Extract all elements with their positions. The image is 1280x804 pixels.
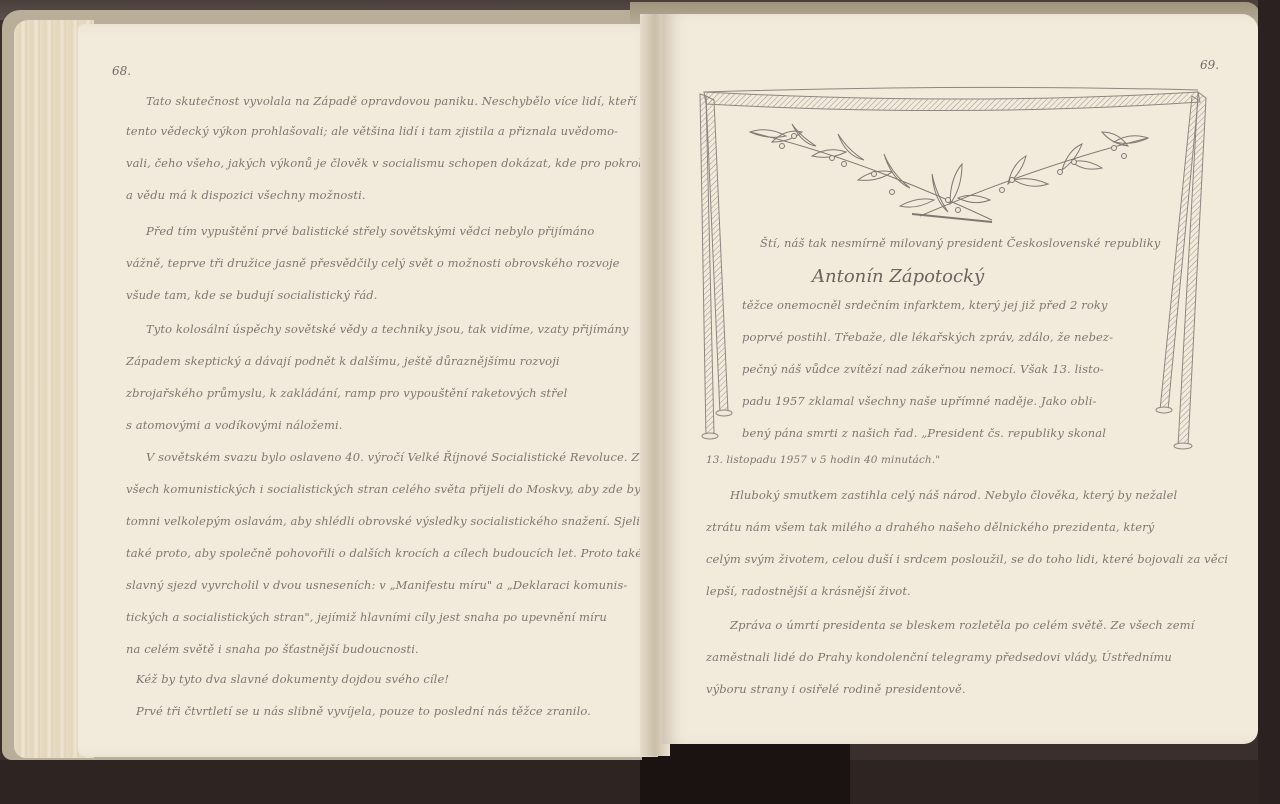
text-line: slavný sjezd vyvrcholil v dvou usneseníc…: [126, 578, 627, 592]
text-line: tických a socialistických stran", jejími…: [126, 610, 607, 624]
text-line: Tyto kolosální úspěchy sovětské vědy a t…: [146, 322, 629, 336]
background-shadow: [640, 740, 850, 804]
text-line: vali, čeho všeho, jakých výkonů je člově…: [126, 156, 645, 170]
text-line: celým svým životem, celou duší i srdcem …: [706, 552, 1228, 566]
text-line: Před tím vypuštění prvé balistické střel…: [146, 224, 594, 238]
text-line: Prvé tři čtvrtletí se u nás slibně vyvíj…: [136, 704, 591, 718]
text-line: tomni velkolepým oslavám, aby shlédli ob…: [126, 514, 657, 528]
text-line: V sovětském svazu bylo oslaveno 40. výro…: [146, 450, 682, 464]
text-line: Hluboký smutkem zastihla celý náš národ.…: [730, 488, 1177, 502]
text-line: Zpráva o úmrtí presidenta se bleskem roz…: [730, 618, 1194, 632]
text-line: Kéž by tyto dva slavné dokumenty dojdou …: [136, 672, 449, 686]
text-line: Západem skeptický a dávají podnět k dalš…: [126, 354, 560, 368]
text-line: bený pána smrti z našich řad. „President…: [742, 426, 1106, 440]
drape-laurel-illustration-icon: [662, 14, 1258, 454]
text-line: výboru strany i osiřelé rodině president…: [706, 682, 966, 696]
text-line: lepší, radostnější a krásnější život.: [706, 584, 911, 598]
text-line: a vědu má k dispozici všechny možnosti.: [126, 188, 366, 202]
text-line: těžce onemocněl srdečním infarktem, kter…: [742, 298, 1108, 312]
text-line: na celém světě i snaha po šťastnější bud…: [126, 642, 419, 656]
text-line: všude tam, kde se budují socialistický ř…: [126, 288, 378, 302]
text-line: poprvé postihl. Třebaže, dle lékařských …: [742, 330, 1113, 344]
background-right: [1258, 0, 1280, 804]
text-line: také proto, aby společně pohovořili o da…: [126, 546, 677, 560]
text-line: pečný náš vůdce zvítězí nad zákeřnou nem…: [742, 362, 1104, 376]
text-line: vážně, teprve tři družice jasně přesvědč…: [126, 256, 620, 270]
text-line: Ští, náš tak nesmírně milovaný president…: [760, 236, 1160, 250]
text-line: 13. listopadu 1957 v 5 hodin 40 minutách…: [706, 454, 940, 466]
text-line: tento vědecký výkon prohlašovali; ale vě…: [126, 124, 618, 138]
page-number-left: 68.: [112, 64, 131, 78]
left-page: 68. Tato skutečnost vyvolala na Západě o…: [78, 24, 658, 757]
text-line: Tato skutečnost vyvolala na Západě oprav…: [146, 94, 636, 108]
right-page: 69.: [662, 14, 1258, 744]
text-line: padu 1957 zklamal všechny naše upřímné n…: [742, 394, 1097, 408]
text-line: všech komunistických i socialistických s…: [126, 482, 673, 496]
text-line: ztrátu nám všem tak milého a drahého naš…: [706, 520, 1154, 534]
text-line: zaměstnali lidé do Prahy kondolenční tel…: [706, 650, 1172, 664]
text-line: s atomovými a vodíkovými náložemi.: [126, 418, 342, 432]
text-line: zbrojařského průmyslu, k zakládání, ramp…: [126, 386, 567, 400]
president-name: Antonín Zápotocký: [812, 266, 984, 287]
